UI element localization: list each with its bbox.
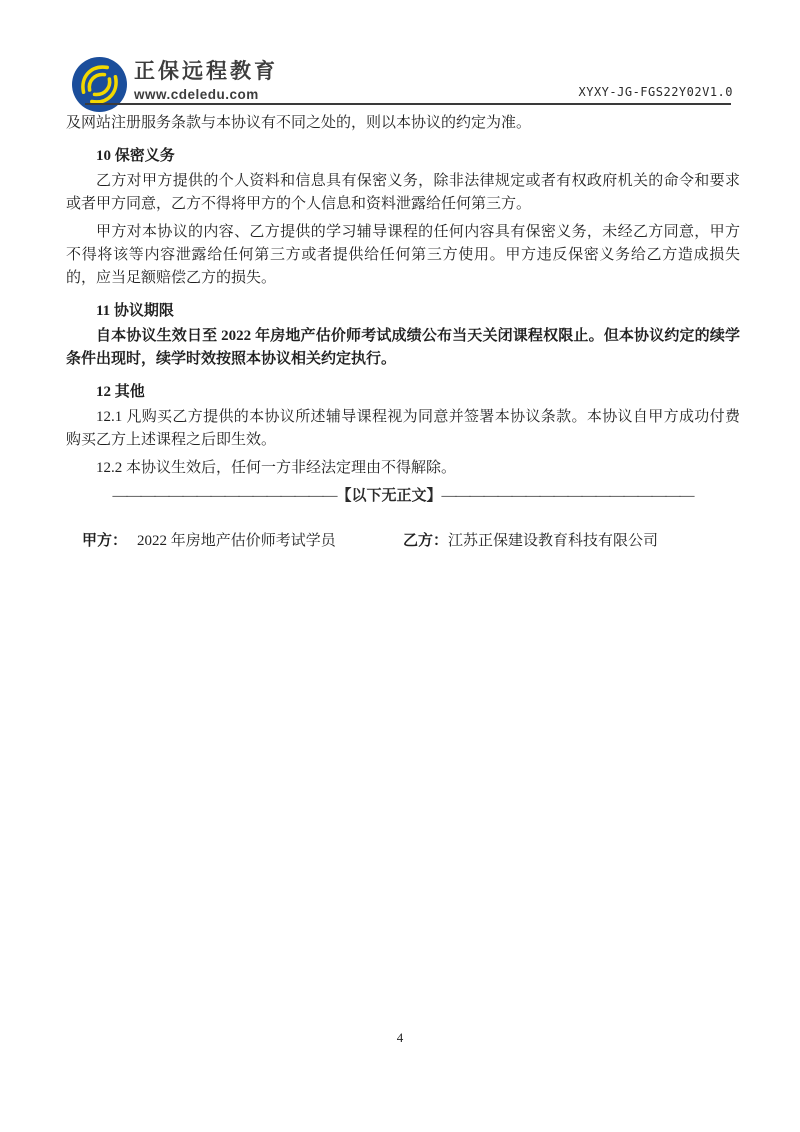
- brand-url: www.cdeledu.com: [134, 87, 278, 103]
- divider-dashes-left: ————————————————: [112, 488, 336, 504]
- divider-label: 【以下无正文】: [336, 488, 441, 504]
- body-paragraph: 乙方对甲方提供的个人资料和信息具有保密义务，除非法律规定或者有权政府机关的命令和…: [66, 170, 740, 216]
- document-code: XYXY-JG-FGS22Y02V1.0: [579, 85, 734, 99]
- section-12: 12 其他 12.1 凡购买乙方提供的本协议所述辅导课程视为同意并签署本协议条款…: [66, 381, 740, 480]
- section-heading: 10 保密义务: [66, 145, 740, 168]
- party-a-label: 甲方：: [82, 533, 127, 549]
- document-body: 及网站注册服务条款与本协议有不同之处的，则以本协议的约定为准。 10 保密义务 …: [66, 112, 740, 553]
- section-11: 11 协议期限 自本协议生效日至 2022 年房地产估价师考试成绩公布当天关闭课…: [66, 300, 740, 371]
- signature-row: 甲方：2022 年房地产估价师考试学员 乙方：江苏正保建设教育科技有限公司: [66, 530, 740, 553]
- body-paragraph: 甲方对本协议的内容、乙方提供的学习辅导课程的任何内容具有保密义务，未经乙方同意，…: [66, 221, 740, 290]
- section-10: 10 保密义务 乙方对甲方提供的个人资料和信息具有保密义务，除非法律规定或者有权…: [66, 145, 740, 290]
- section-heading: 12 其他: [66, 381, 740, 404]
- signature-party-a: 甲方：2022 年房地产估价师考试学员: [82, 530, 336, 553]
- brand-name: 正保远程教育: [134, 59, 278, 85]
- party-b-label: 乙方：: [403, 533, 448, 549]
- party-b-value: 江苏正保建设教育科技有限公司: [448, 533, 658, 549]
- no-more-text-divider: ————————————————【以下无正文】—————————————————…: [66, 485, 740, 508]
- brand-block: 正保远程教育 www.cdeledu.com: [134, 59, 278, 103]
- party-a-value: 2022 年房地产估价师考试学员: [137, 533, 336, 549]
- body-paragraph: 自本协议生效日至 2022 年房地产估价师考试成绩公布当天关闭课程权限止。但本协…: [66, 325, 740, 371]
- header-rule: [85, 103, 731, 105]
- contract-page: 正保远程教育 www.cdeledu.com XYXY-JG-FGS22Y02V…: [0, 0, 800, 1132]
- signature-party-b: 乙方：江苏正保建设教育科技有限公司: [403, 530, 658, 553]
- page-number: 4: [0, 1030, 800, 1046]
- continuation-paragraph: 及网站注册服务条款与本协议有不同之处的，则以本协议的约定为准。: [66, 112, 740, 135]
- section-heading: 11 协议期限: [66, 300, 740, 323]
- divider-dashes-right: ——————————————————: [442, 488, 694, 504]
- body-paragraph: 12.1 凡购买乙方提供的本协议所述辅导课程视为同意并签署本协议条款。本协议自甲…: [66, 406, 740, 452]
- body-paragraph: 12.2 本协议生效后，任何一方非经法定理由不得解除。: [66, 457, 740, 480]
